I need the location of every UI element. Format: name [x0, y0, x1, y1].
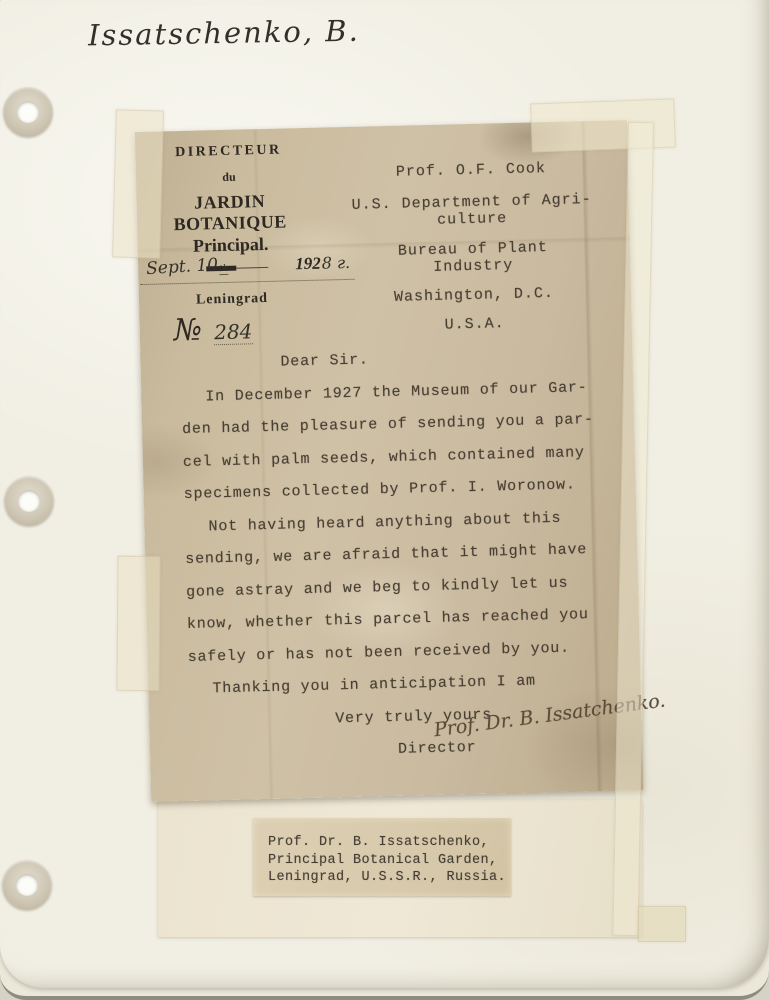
hole-punch-reinforcement-middle [4, 476, 54, 526]
signoff-typed: Director [398, 728, 621, 766]
letterhead-city: Leningrad [147, 290, 317, 310]
letterhead-subtitle: du [144, 168, 314, 187]
handwritten-heading: Issatschenko, B. [88, 14, 360, 53]
recipient-line: Prof. O.F. Cook [318, 158, 624, 182]
printed-year: 192 [295, 254, 321, 275]
typed-letter: DIRECTEUR du JARDIN BOTANIQUE Principal.… [135, 120, 643, 802]
letterhead-title: DIRECTEUR [143, 142, 313, 162]
caption-line: Principal Botanical Garden, [268, 852, 511, 870]
tape-top-right [530, 99, 676, 153]
scanned-scrapbook-page: Issatschenko, B. DIRECTEUR du JARDIN BOT… [0, 0, 769, 1000]
tape-top-left [112, 109, 164, 258]
tape-bottom-right [638, 906, 686, 942]
caption-line: Leningrad, U.S.S.R., Russia. [268, 869, 511, 887]
tape-left-middle [116, 556, 160, 691]
handwritten-date-ordinal: th [219, 264, 229, 275]
hole-punch-reinforcement-top [3, 87, 53, 137]
recipient-line: U.S.A. [322, 312, 628, 336]
handwritten-letter-number: 284 [214, 319, 253, 345]
letter-number-line: № 284 [173, 311, 252, 348]
letterhead-organization: JARDIN BOTANIQUE [144, 190, 315, 236]
recipient-line: Washington, D.C. [321, 283, 627, 307]
dotted-leader [229, 269, 296, 271]
numero-symbol: № [173, 313, 202, 349]
caption-line: Prof. Dr. B. Issatschenko, [268, 834, 511, 852]
typed-caption-label: Prof. Dr. B. Issatschenko, Principal Bot… [253, 818, 511, 896]
hole-punch-reinforcement-bottom [2, 860, 52, 910]
recipient-address: Prof. O.F. Cook U.S. Department of Agri-… [318, 158, 628, 336]
